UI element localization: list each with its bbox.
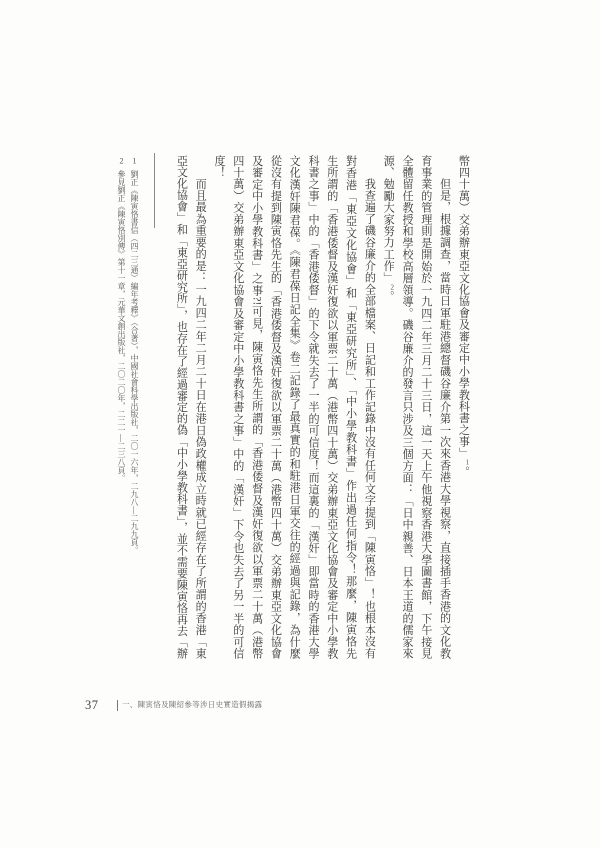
text-column: 文化漢奸陳君葆。《陳君葆日記全集》卷二記錄了最真實的和駐港日軍交往的經過與記錄，…: [284, 155, 303, 659]
running-header: 一、陳寅恪及陳紹參等涉日史實造假揭露: [122, 699, 262, 710]
column-tail: 。: [382, 291, 394, 303]
text-column: 亞文化協會」和「東亞研究所」，也存在了經過審定的偽「中小學教科書」，並不需要陳寅…: [172, 155, 191, 659]
text-column: 但是，根據調查，當時日軍駐港總督磯谷廉介第一次來香港大學視察，直接插手香港的文化…: [435, 155, 454, 659]
body-text: 幣四十萬）交弟辦東亞文化協會及審定中小學教科書之事」1。 但是，根據調查，當時日…: [172, 155, 473, 659]
footnote-text: 劉正《陳寅恪書信（四二三通）編年考釋》（合著），中國社會科學出版社，二〇一六年，…: [130, 170, 139, 554]
footnote-text: 參見劉正《陳寅恪別傳》第十一章，元華文創出版社，二〇二〇年，二二一—二三八頁。: [117, 170, 126, 482]
text-column: 我查遍了磯谷廉介的全部檔案、日記和工作記錄中沒有任何文字提到「陳寅恪」！也根本沒…: [360, 155, 379, 659]
running-header-divider: [117, 700, 118, 711]
footnote-ref: 2: [388, 284, 396, 291]
text-column: 生所謂的「香港倭督及漢奸復欲以軍票二十萬（港幣四十萬）交弟辦東亞文化協會及審定中…: [322, 155, 341, 659]
text-column: 從沒有提到陳寅恪先生的「香港倭督及漢奸復欲以軍票二十萬（港幣四十萬）交弟辦東亞文…: [266, 155, 285, 659]
footnotes: 1劉正《陳寅恪書信（四二三通）編年考釋》（合著），中國社會科學出版社，二〇一六年…: [115, 157, 141, 577]
footnote-number: 2: [115, 157, 128, 165]
footnote: 2參見劉正《陳寅恪別傳》第十一章，元華文創出版社，二〇二〇年，二二一—二三八頁。: [115, 157, 128, 577]
column-text: 幣四十萬）交弟辦東亞文化協會及審定中小學教科書之事」: [457, 155, 469, 459]
text-column: 科書之事」中的「香港倭督」的下令就失去了一半的可信度！而這裏的「漢奸」即當時的香…: [303, 155, 322, 659]
book-page: 幣四十萬）交弟辦東亞文化協會及審定中小學教科書之事」1。 但是，根據調查，當時日…: [0, 0, 600, 848]
text-column: 及審定中小學教科書」之事?!可見，陳寅恪先生所謂的「香港倭督及漢奸復欲以軍票二十…: [247, 155, 266, 659]
text-column: 育事業的管理則是開始於一九四二年三月二十三日，這一天上午他視察香港大學圖書館，下…: [416, 155, 435, 659]
footnote-ref: 1: [463, 459, 471, 466]
column-tail: 。: [457, 466, 469, 478]
text-column: 源、勉勵大家努力工作」2。: [378, 155, 397, 659]
text-column: 全體留任教授和學校高層領導。磯谷廉介的發言只涉及三個方面：「日中親善、日本王道的…: [397, 155, 416, 659]
footnote-divider: [154, 153, 155, 228]
text-column: 而且最為重要的是：一九四二年二月二十日在港日偽政權成立時就已經存在了所謂的香港「…: [190, 155, 209, 659]
page-number: 37: [85, 698, 99, 713]
column-text: 源、勉勵大家努力工作」: [382, 155, 394, 284]
text-column: 幣四十萬）交弟辦東亞文化協會及審定中小學教科書之事」1。: [454, 155, 473, 659]
text-column: 對香港「東亞文化協會」和「東亞研究所」、「中小學教科書」作出過任何指令！那麼，陳…: [341, 155, 360, 659]
footnote-number: 1: [128, 157, 141, 165]
text-column: 度！: [209, 155, 228, 659]
text-column: 四十萬）交弟辦東亞文化協會及審定中小學教科書之事」中的「漢奸」下令也失去了另一半…: [228, 155, 247, 659]
footnote: 1劉正《陳寅恪書信（四二三通）編年考釋》（合著），中國社會科學出版社，二〇一六年…: [128, 157, 141, 577]
